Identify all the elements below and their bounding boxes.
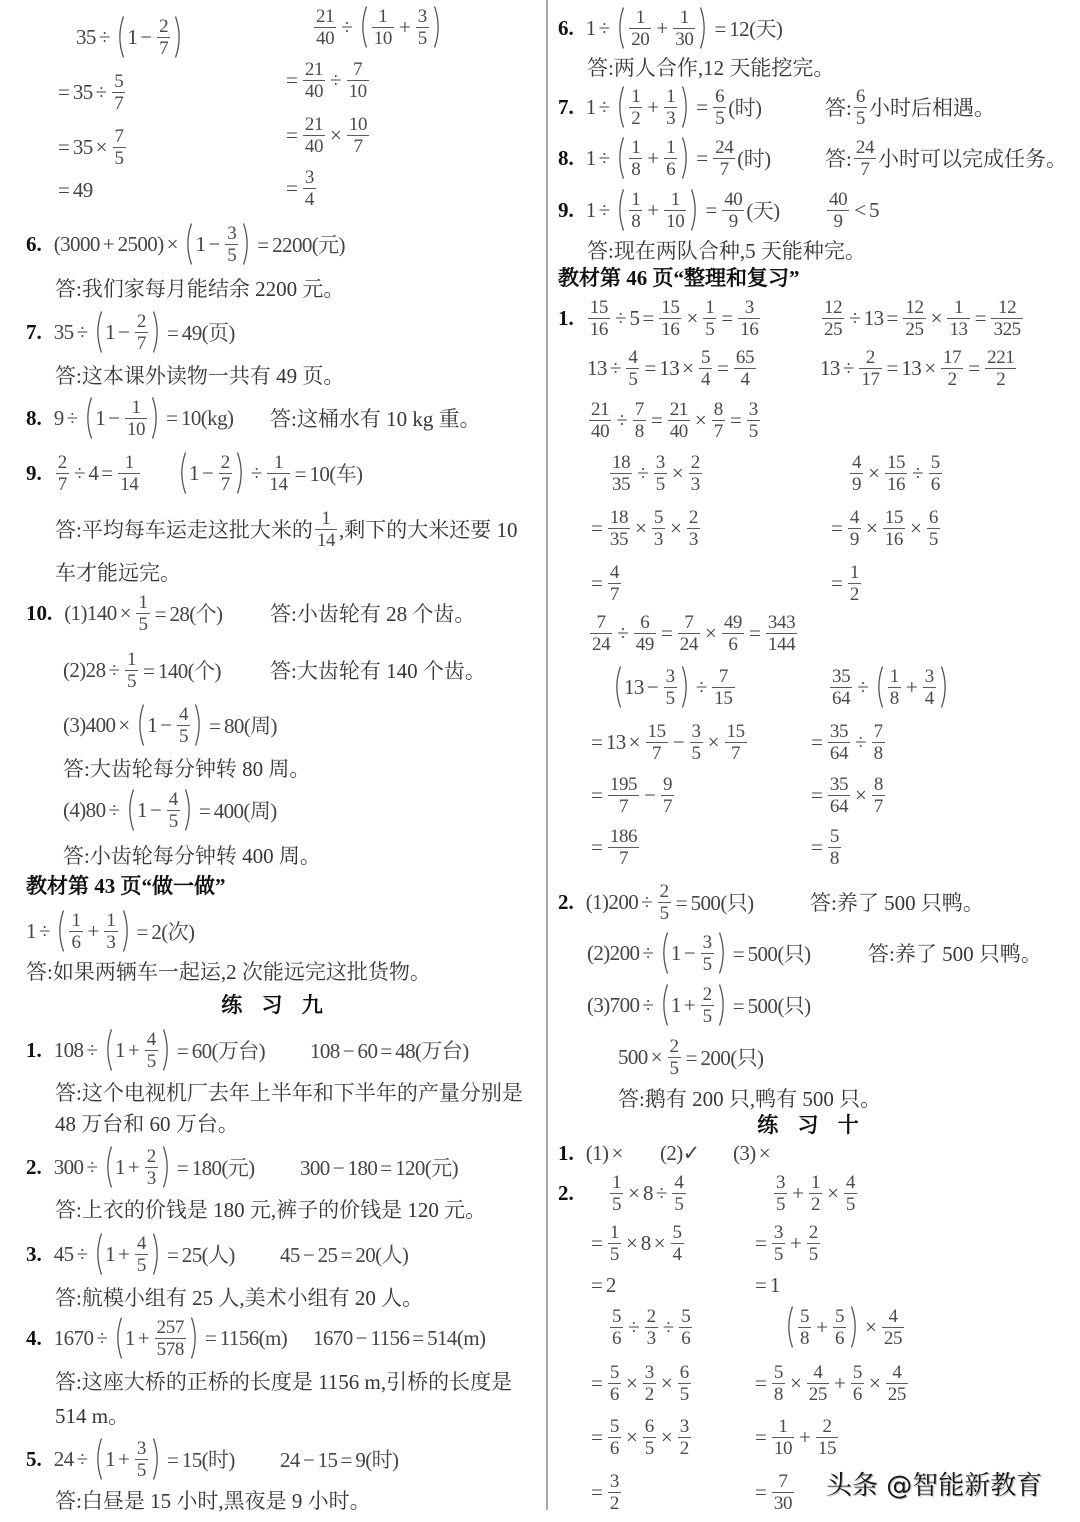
q5-calc-a-step-1: 35÷1−27	[76, 11, 186, 63]
operator: ×	[705, 621, 717, 646]
text: −	[641, 783, 659, 808]
fraction: 3564	[828, 721, 850, 764]
fraction: 53	[652, 507, 665, 550]
text: 9÷	[54, 406, 81, 431]
question-number: 8.	[558, 146, 574, 171]
fraction: 56	[608, 1416, 621, 1459]
text: 1−	[671, 941, 699, 966]
text: =	[588, 835, 606, 860]
denominator: 40	[303, 81, 325, 102]
q10-part1-equation: 10.(1)140×15=28(个)	[26, 587, 222, 639]
fraction: 12325	[991, 297, 1022, 340]
denominator: 7	[617, 848, 630, 869]
text: ×8÷	[625, 1181, 670, 1206]
operator: −	[673, 730, 685, 755]
numerator: 4	[890, 1362, 903, 1383]
column-divider	[546, 0, 548, 1510]
p46-q1-row1-a: 1.1516÷5=1516×15=316	[558, 292, 762, 344]
denominator: 7	[712, 421, 725, 442]
operator: ÷	[77, 1242, 89, 1267]
fraction: 247	[854, 137, 876, 180]
fraction: 3564	[828, 774, 850, 817]
denominator: 5	[658, 903, 671, 924]
denominator: 5	[927, 529, 940, 550]
numerator: 1	[669, 189, 682, 210]
text: 答:	[825, 143, 852, 173]
fraction: 114	[118, 452, 140, 495]
ex10-q2-calc-d-step-3: =110+215	[752, 1411, 840, 1463]
numerator: 5	[608, 1362, 621, 1383]
operator: −	[333, 1156, 345, 1181]
denominator: 7	[157, 38, 170, 59]
question-number: 6.	[26, 232, 42, 257]
ex10-q2-calc-c-step-3: =56×65×32	[588, 1411, 693, 1463]
text: 1−	[147, 713, 175, 738]
fraction: 715	[712, 666, 734, 709]
question-number: 8.	[26, 406, 42, 431]
operator: =	[730, 408, 742, 433]
denominator: 64	[830, 688, 852, 709]
operator: −	[108, 406, 120, 431]
denominator: 10	[772, 1438, 794, 1459]
text: ×	[863, 516, 881, 541]
operator: +	[138, 1326, 150, 1351]
fraction: 316	[738, 297, 760, 340]
denominator: 5	[125, 671, 138, 692]
operator: ÷	[617, 621, 629, 646]
text: =	[283, 123, 301, 148]
numerator: 5	[833, 1306, 846, 1327]
operator: ÷	[109, 658, 121, 683]
denominator: 4	[923, 688, 936, 709]
text: ×	[683, 306, 701, 331]
numerator: 1	[104, 910, 117, 931]
denominator: 7	[718, 159, 731, 180]
numerator: 8	[712, 399, 725, 420]
text: ×	[658, 1425, 676, 1450]
fraction: 87	[712, 399, 725, 442]
right-paren-icon	[184, 788, 194, 832]
operator: ÷	[74, 461, 86, 486]
text: ÷	[854, 675, 872, 700]
fraction: 215	[816, 1416, 838, 1459]
text: ÷13=	[846, 306, 901, 331]
operator: ×	[626, 1425, 638, 1450]
denominator: 40	[314, 28, 336, 49]
p46-calc-f-step-3: =3564×87	[808, 769, 887, 821]
numerator: 7	[872, 721, 885, 742]
denominator: 5	[136, 614, 149, 635]
text: +	[396, 15, 414, 40]
operator: =	[676, 891, 688, 916]
text: =	[648, 408, 666, 433]
fraction: 15	[703, 297, 716, 340]
right-paren-icon	[236, 451, 246, 495]
operator: ÷	[656, 1181, 668, 1206]
text: =	[588, 571, 606, 596]
operator: ×	[330, 123, 342, 148]
numerator: 2	[820, 1416, 833, 1437]
q5-calc-a-step-2: =35÷57	[55, 66, 127, 118]
text: =35×	[55, 135, 111, 160]
text: ÷	[852, 730, 870, 755]
p46-calc-f-step-1: 3564÷18+34	[828, 661, 952, 713]
numerator: 4	[844, 1172, 857, 1193]
text: 答:	[825, 92, 852, 122]
denominator: 24	[678, 634, 700, 655]
operator: +	[906, 675, 918, 700]
operator: ÷	[642, 993, 654, 1018]
text: 小时可以完成任务。	[878, 143, 1067, 173]
right-paren-icon	[194, 703, 204, 747]
numerator: 3	[743, 297, 756, 318]
operator: ÷	[599, 146, 611, 171]
operator: ×	[682, 356, 694, 381]
fraction: 110	[125, 397, 147, 440]
text: (2)28÷	[63, 658, 123, 683]
numerator: 21	[314, 6, 336, 27]
p46-q2-part1-answer: 答:养了 500 只鸭。	[810, 876, 984, 928]
numerator: 6	[927, 507, 940, 528]
operator: +	[128, 1155, 140, 1180]
fraction: 724	[590, 612, 612, 655]
operator: −	[343, 1039, 355, 1064]
text: =2(次)	[134, 916, 195, 946]
text: =10(kg)	[163, 406, 233, 431]
text: 1−	[195, 232, 223, 257]
question-number: 4.	[26, 1326, 42, 1351]
numerator: 1	[136, 592, 149, 613]
fraction: 45	[626, 347, 639, 390]
question-number: 1.	[26, 1038, 42, 1063]
numerator: 1	[69, 910, 82, 931]
fraction: 114	[267, 452, 289, 495]
text: =	[752, 1231, 770, 1256]
fraction: 78	[872, 721, 885, 764]
fraction: 1225	[822, 297, 844, 340]
left-paren-icon	[125, 788, 135, 832]
text: +	[644, 95, 662, 120]
text: =13×	[884, 356, 940, 381]
left-paren-icon	[93, 1232, 103, 1276]
text: =	[752, 1425, 770, 1450]
p46-calc-d-result: =12	[828, 557, 863, 609]
fraction: 425	[886, 1362, 908, 1405]
text: +	[653, 16, 671, 41]
text: =13×	[588, 730, 644, 755]
operator: =	[721, 306, 733, 331]
operator: ÷	[610, 356, 622, 381]
operator: =	[58, 135, 70, 160]
denominator: 2	[643, 1384, 656, 1405]
numerator: 5	[608, 1416, 621, 1437]
numerator: 3	[643, 1362, 656, 1383]
operator: +	[684, 993, 696, 1018]
denominator: 6	[610, 1328, 623, 1349]
operator: −	[303, 1448, 315, 1473]
text: ÷	[634, 461, 652, 486]
text: =400(周)	[196, 795, 277, 825]
text: ×	[692, 408, 710, 433]
denominator: 2	[608, 1493, 621, 1514]
numerator: 15	[725, 721, 747, 742]
text: 1−	[95, 406, 123, 431]
denominator: 5	[690, 743, 703, 764]
left-paren-icon	[358, 5, 368, 49]
operator: ×	[708, 730, 720, 755]
denominator: 16	[659, 319, 681, 340]
operator: =	[755, 1371, 767, 1396]
denominator: 7	[351, 136, 364, 157]
fraction: 15	[136, 592, 149, 635]
operator: ×	[865, 1315, 877, 1340]
operator: ×	[827, 1181, 839, 1206]
question-number: 1.	[558, 1141, 574, 1166]
fraction: 23	[687, 507, 700, 550]
numerator: 4	[850, 452, 863, 473]
operator: ÷	[599, 95, 611, 120]
operator: −	[140, 25, 152, 50]
p46-calc-d-step-2: =49×1516×65	[828, 502, 942, 554]
numerator: 3	[664, 666, 677, 687]
numerator: 49	[722, 612, 744, 633]
fraction: 1867	[608, 826, 639, 869]
p46-calc-f-step-2: =3564÷78	[808, 716, 887, 768]
text: 35÷	[76, 25, 113, 50]
fraction: 35	[690, 721, 703, 764]
text: =	[588, 1425, 606, 1450]
denominator: 17	[859, 369, 881, 390]
text: ×	[623, 1425, 641, 1450]
fraction: 2140	[668, 399, 690, 442]
q5-calc-b-step-2: =2140÷710	[283, 54, 371, 106]
question-number: 6.	[558, 16, 574, 41]
text: =2200(元)	[254, 229, 345, 259]
operator: ×	[651, 1045, 663, 1070]
text: 1÷	[26, 919, 53, 944]
text: (天)	[746, 195, 779, 225]
operator: ÷	[96, 80, 108, 105]
operator: +	[103, 232, 115, 257]
text: =10(车)	[292, 458, 363, 488]
operator: ×	[118, 713, 130, 738]
operator: −	[647, 675, 659, 700]
p46-q1-row4: 724÷649=724×496=343144	[588, 607, 799, 659]
text: =49(页)	[164, 317, 235, 347]
numerator: 3	[923, 666, 936, 687]
fraction: 12	[809, 1172, 822, 1215]
operator: ÷	[615, 306, 627, 331]
operator: −	[644, 783, 656, 808]
denominator: 3	[664, 108, 677, 129]
operator: =	[733, 942, 745, 967]
text: ×8×	[623, 1231, 669, 1256]
p46-calc-e-step-2: =13×157−35×157	[588, 716, 749, 768]
operator: =	[887, 306, 899, 331]
text: =500(只)	[730, 990, 811, 1020]
question-number: 2.	[26, 1155, 42, 1180]
text: =	[588, 516, 606, 541]
operator: =	[811, 783, 823, 808]
numerator: 3	[225, 223, 238, 244]
numerator: 2	[135, 311, 148, 332]
fraction: 724	[678, 612, 700, 655]
denominator: 64	[828, 743, 850, 764]
denominator: 5	[113, 148, 126, 169]
operator: =	[286, 176, 298, 201]
fraction: 3564	[830, 666, 852, 709]
numerator: 4	[672, 1172, 685, 1193]
operator: =	[205, 1326, 217, 1351]
ex10-q2-calc-c-step-1: 56÷23÷56	[608, 1301, 694, 1353]
exercise-9-title: 练 习 九	[172, 990, 372, 1020]
text: =	[693, 95, 711, 120]
operator: ×	[611, 1141, 623, 1166]
numerator: 24	[713, 137, 735, 158]
denominator: 5	[854, 108, 867, 129]
fraction: 23	[689, 452, 702, 495]
left-paren-icon	[784, 1305, 794, 1349]
text: 1−	[189, 461, 217, 486]
fraction: 45	[167, 789, 180, 832]
text: =25(人)	[164, 1239, 235, 1269]
text: =	[718, 306, 736, 331]
operator: +	[647, 95, 659, 120]
text: =	[714, 356, 732, 381]
text: =	[972, 306, 990, 331]
text: ×	[658, 1371, 676, 1396]
ex9-q5-answer: 答:白昼是 15 小时,黑夜是 9 小时。	[55, 1474, 371, 1522]
denominator: 6	[679, 1328, 692, 1349]
text: 35÷	[54, 320, 91, 345]
p46-calc-d-step-1: 49×1516÷56	[848, 447, 944, 499]
denominator: 13	[947, 319, 969, 340]
denominator: 6	[664, 159, 677, 180]
text: (3)400×	[63, 713, 133, 738]
text: 答:养了 500 只鸭。	[810, 887, 984, 917]
p46-q2-part2-equation: (2)200÷1−35=500(只)	[587, 927, 811, 979]
operator: ×	[670, 516, 682, 541]
operator: ÷	[849, 306, 861, 331]
text: ,剩下的大米还要 10	[339, 514, 518, 544]
text: (3)×	[733, 1141, 774, 1166]
numerator: 3	[135, 1438, 148, 1459]
operator: =	[58, 80, 70, 105]
numerator: 6	[643, 1416, 656, 1437]
operator: +	[118, 1447, 130, 1472]
text: 答:航模小组有 25 人,美术小组有 20 人。	[55, 1282, 423, 1312]
fraction: 65	[927, 507, 940, 550]
fraction: 16	[664, 137, 677, 180]
fraction: 58	[772, 1362, 785, 1405]
text: =80(周)	[206, 710, 277, 740]
denominator: 5	[626, 369, 639, 390]
text: (4)80÷	[63, 798, 123, 823]
operator: +	[816, 1315, 828, 1340]
denominator: 6	[833, 1328, 846, 1349]
numerator: 15	[885, 452, 907, 473]
left-paren-icon	[612, 665, 622, 709]
numerator: 1	[634, 7, 647, 28]
operator: =	[651, 408, 663, 433]
text: 车才能远完。	[55, 557, 181, 587]
numerator: 6	[854, 86, 867, 107]
numerator: 40	[827, 189, 849, 210]
operator: −	[202, 461, 214, 486]
text: 答:鹅有 200 只,鸭有 500 只。	[618, 1083, 881, 1113]
text: ×	[702, 621, 720, 646]
fraction: 35	[774, 1172, 787, 1215]
text: 1−	[127, 25, 155, 50]
fraction: 45	[672, 1172, 685, 1215]
right-paren-icon	[681, 665, 691, 709]
operator: =	[591, 571, 603, 596]
denominator: 16	[883, 529, 905, 550]
text: (时)	[737, 143, 770, 173]
operator: =	[166, 406, 178, 431]
q5-calc-b-result: =34	[283, 162, 318, 214]
text: 答:上衣的价钱是 180 元,裤子的价钱是 120 元。	[55, 1194, 486, 1224]
operator: ×	[790, 1371, 802, 1396]
numerator: 7	[351, 59, 364, 80]
operator: =	[380, 1039, 392, 1064]
operator: ÷	[857, 675, 869, 700]
text: +	[903, 675, 921, 700]
fraction: 1835	[610, 452, 632, 495]
ex10-q2-calc-b-step-1: 35+12×45	[772, 1167, 859, 1219]
question-number: 10.	[26, 601, 52, 626]
denominator: 25	[822, 319, 844, 340]
denominator: 7	[608, 584, 621, 605]
fraction: 110	[772, 1416, 794, 1459]
operator: −	[356, 1326, 368, 1351]
operator: ×	[96, 135, 108, 160]
denominator: 325	[991, 319, 1022, 340]
operator: ×	[868, 461, 880, 486]
text: ÷	[660, 1315, 678, 1340]
numerator: 10	[347, 114, 369, 135]
text: 108÷	[54, 1038, 101, 1063]
text: 答:小齿轮有 28 个齿。	[270, 598, 475, 628]
numerator: 1	[125, 649, 138, 670]
operator: =	[286, 123, 298, 148]
numerator: 2	[145, 1146, 158, 1167]
left-paren-icon	[183, 222, 193, 266]
numerator: 2	[645, 1306, 658, 1327]
q10-part2-equation: (2)28÷15=140(个)	[63, 644, 221, 696]
denominator: 25	[882, 1328, 904, 1349]
operator: ÷	[641, 890, 653, 915]
text: =	[965, 356, 983, 381]
operator: −	[684, 941, 696, 966]
fraction: 1516	[659, 297, 681, 340]
denominator: 7	[112, 93, 125, 114]
text: =	[808, 730, 826, 755]
operator: ÷	[696, 675, 708, 700]
text: ×	[667, 516, 685, 541]
left-paren-icon	[874, 665, 884, 709]
denominator: 5	[654, 474, 667, 495]
right-paren-icon	[718, 931, 728, 975]
numerator: 1	[952, 297, 965, 318]
numerator: 21	[303, 114, 325, 135]
text: ÷	[248, 461, 266, 486]
operator: ×	[910, 516, 922, 541]
operator: ÷	[628, 1315, 640, 1340]
fraction: 654	[734, 347, 756, 390]
operator: ÷	[330, 68, 342, 93]
numerator: 5	[610, 1306, 623, 1327]
